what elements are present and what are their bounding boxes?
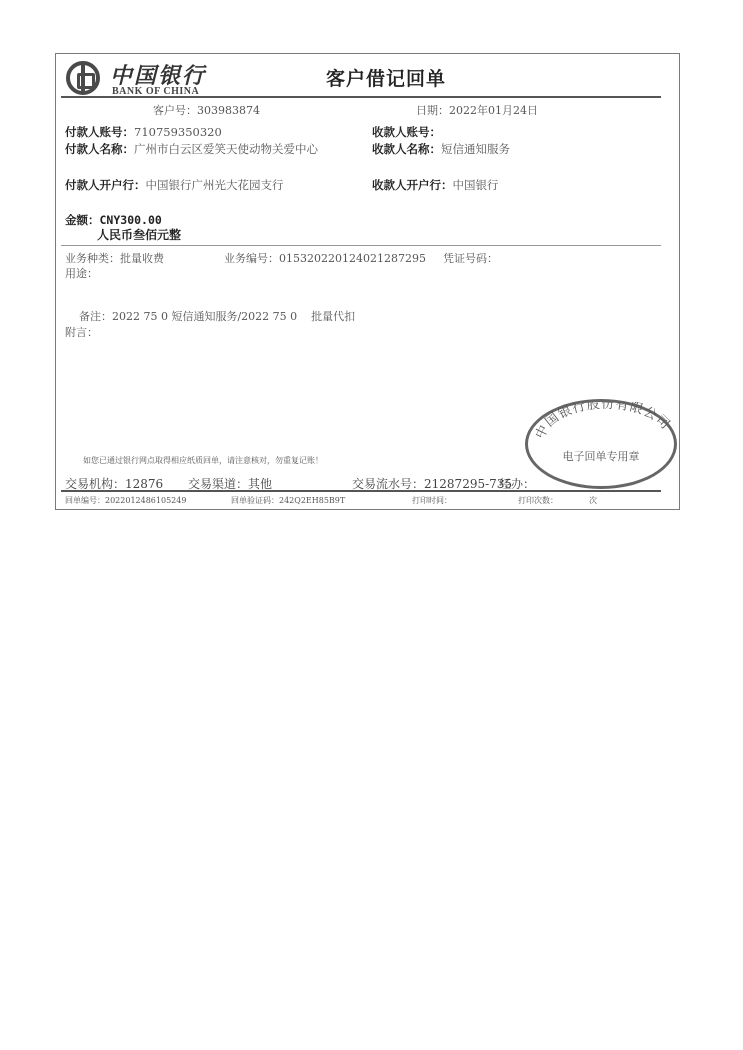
- receipt-no-value: 2022012486105249: [105, 496, 186, 505]
- payee-bank: 收款人开户行：中国银行: [372, 174, 499, 193]
- date-value: 2022年01月24日: [449, 104, 538, 117]
- payee-name-label: 收款人名称：: [372, 142, 441, 156]
- remark-value: 2022 75 0 短信通知服务/2022 75 0 批量代扣: [112, 310, 355, 323]
- payee-bank-value: 中国银行: [453, 178, 499, 192]
- voucher-no: 凭证号码：: [443, 250, 498, 266]
- amount-label: 金额：: [65, 213, 100, 227]
- business-type-value: 批量收费: [120, 252, 164, 265]
- date-label: 日期：: [416, 104, 449, 117]
- transaction-channel-label: 交易渠道：: [188, 477, 248, 491]
- transaction-serial-label: 交易流水号：: [352, 477, 424, 491]
- business-no: 业务编号：015320220124021287295: [224, 250, 426, 266]
- payer-name-value: 广州市白云区爱笑天使动物关爱中心: [134, 142, 318, 156]
- verify-code: 回单验证码：242Q2EH85B9T: [231, 495, 345, 506]
- transaction-org-value: 12876: [125, 477, 163, 491]
- purpose-label: 用途：: [65, 267, 98, 280]
- note: 附言：: [65, 324, 98, 340]
- payee-bank-label: 收款人开户行：: [372, 178, 453, 192]
- print-count-unit: 次: [589, 495, 597, 506]
- payee-name-value: 短信通知服务: [441, 142, 510, 156]
- transaction-org-label: 交易机构：: [65, 477, 125, 491]
- debit-receipt: 中国银行 BANK OF CHINA 客户借记回单 客户号：303983874 …: [55, 53, 680, 510]
- payer-name-label: 付款人名称：: [65, 142, 134, 156]
- print-time: 打印时间：: [412, 495, 452, 506]
- header-divider: [61, 96, 661, 98]
- customer-no: 客户号：303983874: [153, 102, 260, 118]
- payer-account-label: 付款人账号：: [65, 125, 134, 139]
- customer-no-label: 客户号：: [153, 104, 197, 117]
- receipt-no: 回单编号：2022012486105249: [65, 495, 186, 506]
- svg-text:中国银行股份有限公司: 中国银行股份有限公司: [532, 402, 673, 441]
- transaction-handler-label: 经办：: [499, 477, 535, 491]
- business-type: 业务种类：批量收费: [65, 250, 164, 266]
- remark: 备注：2022 75 0 短信通知服务/2022 75 0 批量代扣: [65, 295, 355, 337]
- payee-account-label: 收款人账号：: [372, 125, 441, 139]
- payee-name: 收款人名称：短信通知服务: [372, 138, 510, 157]
- business-no-label: 业务编号：: [224, 252, 279, 265]
- official-seal: 中国银行股份有限公司 电子回单专用章: [525, 399, 677, 489]
- receipt-no-label: 回单编号：: [65, 496, 105, 505]
- amount-value: CNY300.00: [100, 213, 162, 227]
- transaction-channel-value: 其他: [248, 477, 272, 491]
- seal-arc-text: 中国银行股份有限公司: [528, 402, 680, 492]
- amount-divider: [61, 245, 661, 246]
- payer-bank-value: 中国银行广州光大花园支行: [146, 178, 284, 192]
- receipt-date: 日期：2022年01月24日: [416, 102, 538, 118]
- document-title: 客户借记回单: [326, 64, 446, 91]
- voucher-no-label: 凭证号码：: [443, 252, 498, 265]
- purpose: 用途：: [65, 265, 98, 281]
- payer-bank-label: 付款人开户行：: [65, 178, 146, 192]
- print-time-label: 打印时间：: [412, 496, 452, 505]
- remark-label: 备注：: [79, 310, 112, 323]
- payer-account-value: 710759350320: [134, 125, 222, 139]
- bank-of-china-logo-icon: [66, 61, 100, 95]
- verify-code-label: 回单验证码：: [231, 496, 279, 505]
- bank-logo: 中国银行 BANK OF CHINA: [65, 59, 205, 99]
- duplicate-notice: 如您已通过银行网点取得相应纸质回单，请注意核对，勿重复记账！: [83, 455, 323, 466]
- print-count: 打印次数：: [518, 495, 558, 506]
- print-count-label: 打印次数：: [518, 496, 558, 505]
- amount-in-words: 人民币叁佰元整: [97, 226, 181, 243]
- payer-name: 付款人名称：广州市白云区爱笑天使动物关爱中心: [65, 138, 318, 157]
- footer-divider: [61, 490, 661, 492]
- note-label: 附言：: [65, 326, 98, 339]
- customer-no-value: 303983874: [197, 104, 260, 117]
- seal-center-text: 电子回单专用章: [528, 448, 674, 464]
- business-no-value: 015320220124021287295: [279, 252, 426, 265]
- payer-bank: 付款人开户行：中国银行广州光大花园支行: [65, 174, 284, 193]
- business-type-label: 业务种类：: [65, 252, 120, 265]
- verify-code-value: 242Q2EH85B9T: [279, 496, 345, 505]
